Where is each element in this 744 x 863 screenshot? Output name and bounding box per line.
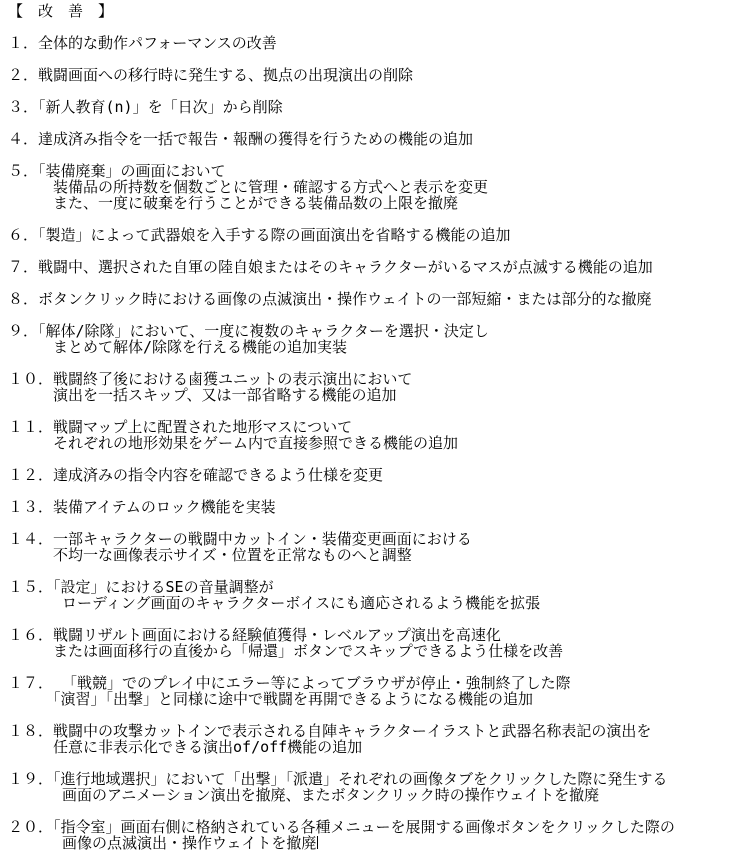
changelog-item-line: ５．「装備廃棄」の画面において bbox=[8, 163, 740, 179]
changelog-item-line: １１．戦闘マップ上に配置された地形マスについて bbox=[8, 419, 740, 435]
changelog-item-line: １．全体的な動作パフォーマンスの改善 bbox=[8, 35, 740, 51]
changelog-item: １１．戦闘マップ上に配置された地形マスについて それぞれの地形効果をゲーム内で直… bbox=[8, 419, 740, 451]
changelog-item-line: 演出を一括スキップ、又は一部省略する機能の追加 bbox=[8, 387, 740, 403]
items-container: １．全体的な動作パフォーマンスの改善２．戦闘画面への移行時に発生する、拠点の出現… bbox=[8, 35, 740, 851]
changelog-item-line: １４．一部キャラクターの戦闘中カットイン・装備変更画面における bbox=[8, 531, 740, 547]
changelog-item-line: 「演習」「出撃」と同様に途中で戦闘を再開できるようになる機能の追加 bbox=[8, 691, 740, 707]
changelog-item: ５．「装備廃棄」の画面において 装備品の所持数を個数ごとに管理・確認する方式へと… bbox=[8, 163, 740, 211]
changelog-item: １９．「進行地域選択」において「出撃」「派遣」それぞれの画像タブをクリックした際… bbox=[8, 771, 740, 803]
changelog-item: ２．戦闘画面への移行時に発生する、拠点の出現演出の削除 bbox=[8, 67, 740, 83]
changelog-item-line: １７． 「戦競」でのプレイ中にエラー等によってブラウザが停止・強制終了した際 bbox=[8, 675, 740, 691]
changelog-item: ９．「解体/除隊」において、一度に複数のキャラクターを選択・決定し まとめて解体… bbox=[8, 323, 740, 355]
changelog-item-line: 画面のアニメーション演出を撤廃、またボタンクリック時の操作ウェイトを撤廃 bbox=[8, 787, 740, 803]
changelog-item: １３．装備アイテムのロック機能を実装 bbox=[8, 499, 740, 515]
changelog-item-line: 装備品の所持数を個数ごとに管理・確認する方式へと表示を変更 bbox=[8, 179, 740, 195]
changelog-item: １２．達成済みの指令内容を確認できるよう仕様を変更 bbox=[8, 467, 740, 483]
changelog-item-line: まとめて解体/除隊を行える機能の追加実装 bbox=[8, 339, 740, 355]
changelog-item: ４．達成済み指令を一括で報告・報酬の獲得を行うための機能の追加 bbox=[8, 131, 740, 147]
changelog-item: １８．戦闘中の攻撃カットインで表示される自陣キャラクターイラストと武器名称表記の… bbox=[8, 723, 740, 755]
changelog-item: １４．一部キャラクターの戦闘中カットイン・装備変更画面における 不均一な画像表示… bbox=[8, 531, 740, 563]
changelog-item-line: 不均一な画像表示サイズ・位置を正常なものへと調整 bbox=[8, 547, 740, 563]
changelog-item: ７．戦闘中、選択された自軍の陸自娘またはそのキャラクターがいるマスが点滅する機能… bbox=[8, 259, 740, 275]
changelog-item-line: １２．達成済みの指令内容を確認できるよう仕様を変更 bbox=[8, 467, 740, 483]
changelog-item-line: または画面移行の直後から「帰還」ボタンでスキップできるよう仕様を改善 bbox=[8, 643, 740, 659]
changelog-item-line: 画像の点滅演出・操作ウェイトを撤廃 bbox=[8, 835, 740, 851]
changelog-item-line: １３．装備アイテムのロック機能を実装 bbox=[8, 499, 740, 515]
changelog-item: １６．戦闘リザルト画面における経験値獲得・レベルアップ演出を高速化 または画面移… bbox=[8, 627, 740, 659]
changelog-item-line: 任意に非表示化できる演出of/off機能の追加 bbox=[8, 739, 740, 755]
changelog-item-line: １５．「設定」におけるSEの音量調整が bbox=[8, 579, 740, 595]
changelog-item-line: それぞれの地形効果をゲーム内で直接参照できる機能の追加 bbox=[8, 435, 740, 451]
changelog-item-line: ９．「解体/除隊」において、一度に複数のキャラクターを選択・決定し bbox=[8, 323, 740, 339]
changelog-item-line: ７．戦闘中、選択された自軍の陸自娘またはそのキャラクターがいるマスが点滅する機能… bbox=[8, 259, 740, 275]
changelog-item-line: ２０．「指令室」画面右側に格納されている各種メニューを展開する画像ボタンをクリッ… bbox=[8, 819, 740, 835]
changelog-item-line: １６．戦闘リザルト画面における経験値獲得・レベルアップ演出を高速化 bbox=[8, 627, 740, 643]
changelog-item-line: ２．戦闘画面への移行時に発生する、拠点の出現演出の削除 bbox=[8, 67, 740, 83]
text-caret bbox=[317, 836, 318, 849]
changelog-item: １０．戦闘終了後における鹵獲ユニットの表示演出において 演出を一括スキップ、又は… bbox=[8, 371, 740, 403]
changelog-item-line: ローディング画面のキャラクターボイスにも適応されるよう機能を拡張 bbox=[8, 595, 740, 611]
changelog-item-line: ８．ボタンクリック時における画像の点滅演出・操作ウェイトの一部短縮・または部分的… bbox=[8, 291, 740, 307]
changelog-item: ２０．「指令室」画面右側に格納されている各種メニューを展開する画像ボタンをクリッ… bbox=[8, 819, 740, 851]
changelog-item-line: ４．達成済み指令を一括で報告・報酬の獲得を行うための機能の追加 bbox=[8, 131, 740, 147]
changelog-item-line: １８．戦闘中の攻撃カットインで表示される自陣キャラクターイラストと武器名称表記の… bbox=[8, 723, 740, 739]
changelog-item: １．全体的な動作パフォーマンスの改善 bbox=[8, 35, 740, 51]
section-heading: 【 改 善 】 bbox=[8, 3, 740, 19]
changelog-item: ６．「製造」によって武器娘を入手する際の画面演出を省略する機能の追加 bbox=[8, 227, 740, 243]
changelog-item-line: ３．「新人教育(n)」を「日次」から削除 bbox=[8, 99, 740, 115]
changelog-item-line: また、一度に破棄を行うことができる装備品数の上限を撤廃 bbox=[8, 195, 740, 211]
changelog-item-line: １９．「進行地域選択」において「出撃」「派遣」それぞれの画像タブをクリックした際… bbox=[8, 771, 740, 787]
changelog-item-line: １０．戦闘終了後における鹵獲ユニットの表示演出において bbox=[8, 371, 740, 387]
changelog-item: １７． 「戦競」でのプレイ中にエラー等によってブラウザが停止・強制終了した際 「… bbox=[8, 675, 740, 707]
changelog-item-line: ６．「製造」によって武器娘を入手する際の画面演出を省略する機能の追加 bbox=[8, 227, 740, 243]
changelog-item: １５．「設定」におけるSEの音量調整が ローディング画面のキャラクターボイスにも… bbox=[8, 579, 740, 611]
changelog-item: ３．「新人教育(n)」を「日次」から削除 bbox=[8, 99, 740, 115]
changelog-document[interactable]: 【 改 善 】 １．全体的な動作パフォーマンスの改善２．戦闘画面への移行時に発生… bbox=[0, 0, 744, 863]
changelog-item: ８．ボタンクリック時における画像の点滅演出・操作ウェイトの一部短縮・または部分的… bbox=[8, 291, 740, 307]
